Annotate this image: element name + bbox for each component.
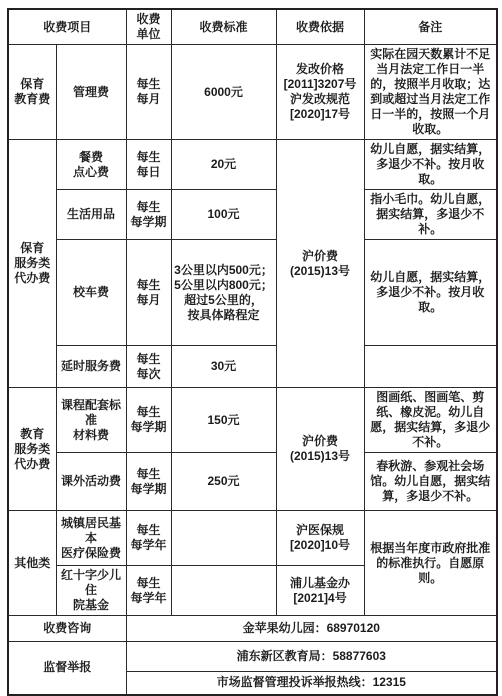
row-course-materials-fee: 教育 服务类 代办费 课程配套标准 材料费 每生 每学期 150元 沪价费 (2… [8,388,497,453]
row-daily-supplies: 生活用品 每生 每学期 100元 指小毛巾。幼儿自愿，据实结算，多退少不补。 [8,190,497,240]
standard-course-materials-fee: 150元 [171,388,276,453]
item-school-bus-fee: 校车费 [56,240,126,346]
remark-extended-service-fee [364,346,497,388]
remark-management-fee: 实际在园天数累计不足当月法定工作日一半的，按照半月收取；达到或超过当月法定工作日… [364,45,497,140]
item-meal-snack-fee: 餐费 点心费 [56,140,126,190]
item-extended-service-fee: 延时服务费 [56,346,126,388]
group-care-education: 保育 教育费 [8,45,56,140]
item-red-cross-fund: 红十字少儿住 院基金 [56,566,126,616]
unit-daily-supplies: 每生 每学期 [126,190,171,240]
basis-education-service-agency: 沪价费 (2015)13号 [276,388,364,511]
unit-management-fee: 每生 每月 [126,45,171,140]
unit-extended-service-fee: 每生 每次 [126,346,171,388]
item-course-materials-fee: 课程配套标准 材料费 [56,388,126,453]
remark-other-group: 根据当年度市政府批准的标准执行。自愿原则。 [364,511,497,616]
item-extracurricular-fee: 课外活动费 [56,453,126,511]
item-medical-insurance-fee: 城镇居民基本 医疗保险费 [56,511,126,566]
value-fee-consultation: 金苹果幼儿园：68970120 [126,616,497,642]
col-header-fee-basis: 收费依据 [276,9,364,45]
basis-red-cross-fund: 浦儿基金办 [2021]4号 [276,566,364,616]
group-other: 其他类 [8,511,56,616]
remark-daily-supplies: 指小毛巾。幼儿自愿，据实结算，多退少不补。 [364,190,497,240]
row-management-fee: 保育 教育费 管理费 每生 每月 6000元 发改价格 [2011]3207号 … [8,45,497,140]
value-education-bureau-hotline: 浦东新区教育局：58877603 [126,642,497,672]
row-medical-insurance-fee: 其他类 城镇居民基本 医疗保险费 每生 每学年 沪医保规 [2020]10号 根… [8,511,497,566]
row-school-bus-fee: 校车费 每生 每月 3公里以内500元； 5公里以内800元； 超过5公里的， … [8,240,497,346]
label-supervision-report: 监督举报 [8,642,126,695]
remark-extracurricular-fee: 春秋游、参观社会场馆。幼儿自愿，据实结算，多退少不补。 [364,453,497,511]
group-education-service-agency: 教育 服务类 代办费 [8,388,56,511]
unit-school-bus-fee: 每生 每月 [126,240,171,346]
item-management-fee: 管理费 [56,45,126,140]
remark-course-materials-fee: 图画纸、图画笔、剪纸、橡皮泥。幼儿自愿，据实结算，多退少不补。 [364,388,497,453]
basis-management-fee: 发改价格 [2011]3207号 沪发改规范 [2020]17号 [276,45,364,140]
col-header-remark: 备注 [364,9,497,45]
label-fee-consultation: 收费咨询 [8,616,126,642]
row-supervision-report-1: 监督举报 浦东新区教育局：58877603 [8,642,497,672]
remark-school-bus-fee: 幼儿自愿，据实结算，多退少不补。按月收取。 [364,240,497,346]
standard-extended-service-fee: 30元 [171,346,276,388]
value-market-supervision-hotline: 市场监督管理投诉举报热线：12315 [126,672,497,695]
basis-medical-insurance-fee: 沪医保规 [2020]10号 [276,511,364,566]
header-row: 收费项目 收费 单位 收费标准 收费依据 备注 [8,9,497,45]
unit-course-materials-fee: 每生 每学期 [126,388,171,453]
standard-extracurricular-fee: 250元 [171,453,276,511]
standard-meal-snack-fee: 20元 [171,140,276,190]
unit-extracurricular-fee: 每生 每学期 [126,453,171,511]
standard-medical-insurance-fee [171,511,276,566]
unit-meal-snack-fee: 每生 每日 [126,140,171,190]
remark-meal-snack-fee: 幼儿自愿，据实结算，多退少不补。按月收取。 [364,140,497,190]
col-header-fee-item: 收费项目 [8,9,126,45]
fee-table: 收费项目 收费 单位 收费标准 收费依据 备注 保育 教育费 管理费 每生 每月… [7,8,498,696]
basis-care-service-agency: 沪价费 (2015)13号 [276,140,364,388]
unit-medical-insurance-fee: 每生 每学年 [126,511,171,566]
standard-daily-supplies: 100元 [171,190,276,240]
fee-notice-page: 收费项目 收费 单位 收费标准 收费依据 备注 保育 教育费 管理费 每生 每月… [0,0,502,639]
row-meal-snack-fee: 保育 服务类 代办费 餐费 点心费 每生 每日 20元 沪价费 (2015)13… [8,140,497,190]
standard-red-cross-fund [171,566,276,616]
standard-school-bus-fee: 3公里以内500元； 5公里以内800元； 超过5公里的， 按具体路程定 [171,240,276,346]
col-header-fee-unit: 收费 单位 [126,9,171,45]
row-extended-service-fee: 延时服务费 每生 每次 30元 [8,346,497,388]
row-extracurricular-fee: 课外活动费 每生 每学期 250元 春秋游、参观社会场馆。幼儿自愿，据实结算，多… [8,453,497,511]
item-daily-supplies: 生活用品 [56,190,126,240]
group-care-service-agency: 保育 服务类 代办费 [8,140,56,388]
standard-management-fee: 6000元 [171,45,276,140]
row-fee-consultation: 收费咨询 金苹果幼儿园：68970120 [8,616,497,642]
col-header-fee-standard: 收费标准 [171,9,276,45]
unit-red-cross-fund: 每生 每学年 [126,566,171,616]
